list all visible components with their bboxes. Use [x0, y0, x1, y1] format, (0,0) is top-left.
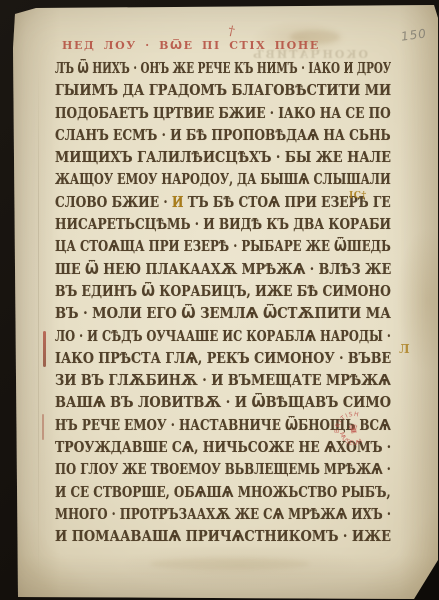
text-line: СЛАНЪ ЕСМЪ · И БѢ ПРОПОВѢДАѦ НА СЬНЬ	[55, 124, 329, 146]
text-line: НИСАРЕТЬСЦѢМЬ · И ВИДѢ КЪ ДВА КОРАБИ	[55, 213, 327, 235]
fold-line	[38, 60, 39, 580]
folio-number: 150	[400, 26, 428, 43]
text-line: МНОГО · ПРОТРЪЗААХѪ ЖЕ СѦ МРѢЖѦ ИХЪ ·	[55, 503, 318, 525]
text-line: И ПОМААВАШѦ ПРИЧѦСТНИКОМЪ · ИЖЕ	[55, 525, 344, 547]
text-line: ВЪ ЕДИНЪ Ѿ КОРАБИЦЪ, ИЖЕ БѢ СИМОНО	[55, 280, 332, 302]
marginal-gold-letter: Л	[399, 342, 410, 356]
text-line: ШЕ Ѿ НЕЮ ПЛАКААХѪ МРѢЖѦ · ВЛѢЗ ЖЕ	[55, 258, 338, 280]
text-block: ЛЪ Ѿ НИХЪ · ОНЪ ЖЕ РЕЧЕ КЪ НИМЪ · ІАКО И…	[55, 57, 391, 548]
text-line: ЛЪ Ѿ НИХЪ · ОНЪ ЖЕ РЕЧЕ КЪ НИМЪ · ІАКО И…	[55, 57, 286, 79]
text-line: НЪ РЕЧЕ ЕМОУ · НАСТАВНИЧЕ ѾБНОЩЬ ВСѦ	[55, 414, 323, 436]
crown-icon: ♛	[347, 421, 360, 436]
text-line: ВАШѦ ВЪ ЛОВИТВѪ · И ѾВѢЩАВЪ СИМО	[55, 391, 344, 413]
text-line: ЗИ ВЪ ГЛѪБИНѪ · И ВЪМЕЩАТЕ МРѢЖѦ	[55, 369, 343, 391]
text-line: ЖАЩОУ ЕМОУ НАРОДОУ, ДА БЫШѦ СЛЫШАЛИ	[55, 168, 310, 190]
stain	[150, 558, 310, 570]
text-line: И СЕ СТВОРШЕ, ОБѦШѦ МНОЖЬСТВО РЫБЪ,	[55, 481, 323, 503]
red-initial-stroke	[42, 414, 44, 440]
text-line: ТРОУЖДАВШЕ СѦ, НИЧЬСОЖЕ НЕ ѦХОМЪ ·	[55, 436, 333, 458]
text-line: ПОДОБАЕТЪ ЦРТВИЕ БЖИЕ · ІАКО НА СЕ ПО	[55, 102, 328, 124]
cross-mark: †	[227, 23, 236, 39]
text-line: СЛОВО БЖИЕ · И ТЪ БѢ СТОѦ ПРИ ЕЗЕРѢ ГЕ	[55, 191, 330, 213]
text-line: ЦА СТОѦЩА ПРИ ЕЗЕРѢ · РЫБАРЕ ЖЕ ѾШЕДЬ	[55, 235, 318, 257]
rubric-header: НЕД ЛОУ · ВѾЕ ПІ СТІХ ПОНЕ	[62, 39, 320, 52]
marginal-gold-note: ІС†	[349, 191, 367, 201]
text-line: ВЪ · МОЛИ ЕГО Ѿ ЗЕМЛѦ ѾСТѪПИТИ МА	[55, 302, 347, 324]
red-initial-stroke	[43, 331, 46, 367]
text-line: ПО ГЛОУ ЖЕ ТВОЕМОУ ВЬВЛЕЩЕМЬ МРѢЖѦ ·	[55, 458, 316, 480]
text-line: ГЫИМЪ ДА ГРАДОМЪ БЛАГОВѢСТИТИ МИ	[55, 79, 343, 101]
text-line: ІАКО ПРѢСТА ГЛѦ, РЕКЪ СИМОНОУ · ВЪВЕ	[55, 347, 339, 369]
gold-initial: И	[172, 193, 184, 211]
text-line: МИЩИХЪ ГАЛИЛѢИСЦѢХЪ · БЫ ЖЕ НАЛЕ	[55, 146, 344, 168]
text-segment: СЛОВО БЖИЕ ·	[55, 193, 172, 211]
text-line: ЛО · И СѢДЪ ОУЧААШЕ ИС КОРАБЛѦ НАРОДЫ ·	[55, 325, 312, 347]
british-museum-stamp: BRITISH MUSEUM ♛	[331, 406, 377, 457]
parchment-page: 150 ОКОНЧАТИВЪ НЕД ЛОУ · ВѾЕ ПІ СТІХ ПОН…	[0, 0, 439, 600]
manuscript-photo: 150 ОКОНЧАТИВЪ НЕД ЛОУ · ВѾЕ ПІ СТІХ ПОН…	[0, 0, 439, 600]
